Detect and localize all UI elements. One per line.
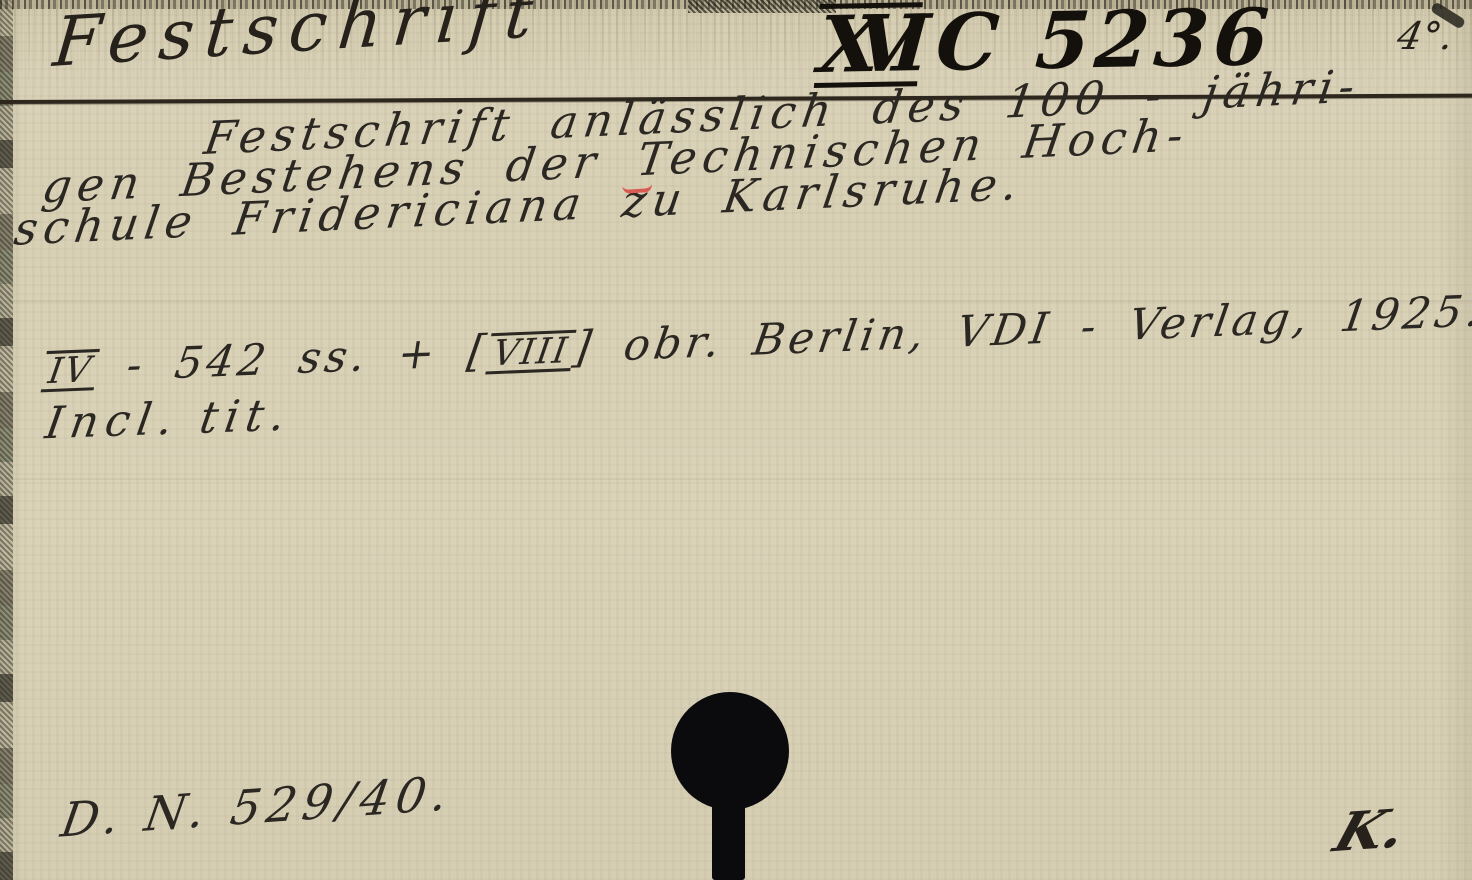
plates-text: ] obr.: [570, 317, 727, 373]
red-correction-mark: [621, 175, 652, 194]
plates-roman-numeral: VIII: [485, 330, 577, 375]
rod-hole-slot: [712, 780, 745, 880]
accession-number: D. N. 529/40.: [57, 766, 457, 849]
imprint-text: Berlin, VDI - Verlag, 1925. ppł.: [749, 281, 1472, 366]
paper-crease: [0, 478, 1472, 480]
collation-line: IV - 542 ss. + [VIII] obr.Berlin, VDI - …: [40, 281, 1472, 394]
title-block: Festschrift anlässlich des 100 - jähri- …: [8, 58, 1472, 250]
pagination-text: - 542 ss. + [: [94, 326, 493, 392]
catalog-card-scan: Festschrift XVIC 5236 4°. Festschrift an…: [0, 0, 1472, 880]
collation-note: Incl. tit.: [42, 389, 296, 449]
card-heading: Festschrift: [50, 0, 547, 83]
scan-edge-artifact-left: [0, 0, 13, 880]
cataloguer-initials: K.: [1326, 796, 1415, 864]
pagination-roman-numeral: IV: [41, 349, 101, 393]
call-number-roman-numeral: XVI: [814, 2, 923, 88]
scan-hatch-mark: [688, 0, 836, 13]
format-mark: 4°.: [1393, 14, 1458, 58]
